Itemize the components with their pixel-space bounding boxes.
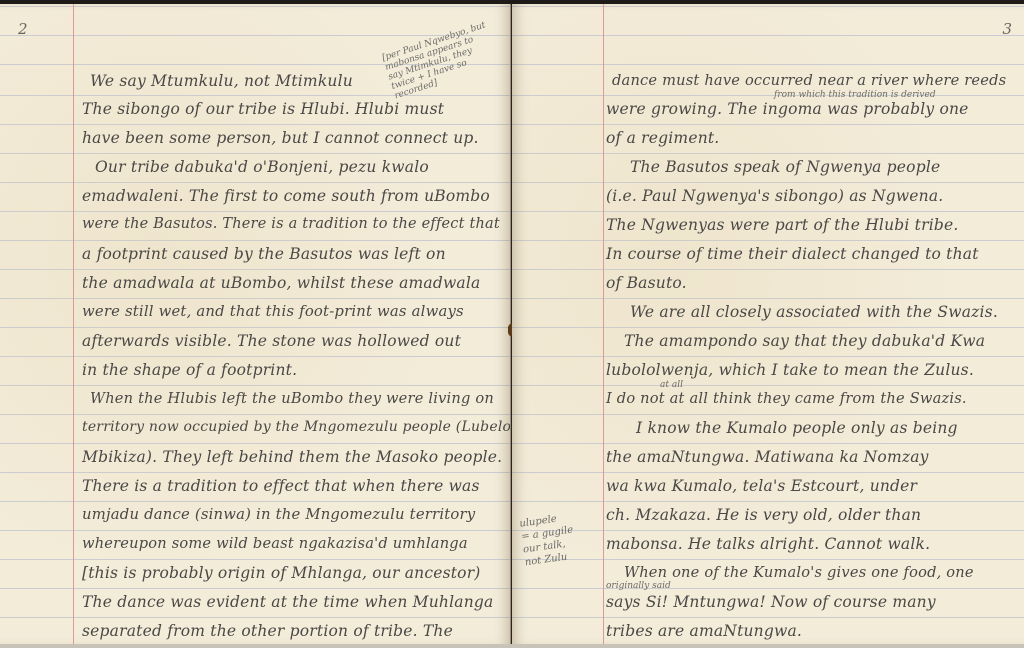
text-line: afterwards visible. The stone was hollow…: [82, 332, 461, 350]
text-line: umjadu dance (sinwa) in the Mngomezulu t…: [82, 506, 475, 523]
text-line: the amadwala at uBombo, whilst these ama…: [82, 274, 480, 292]
text-line: I do not at all think they came from the…: [606, 390, 967, 407]
gutter-annotation: ulupele = a gugile our talk, not Zulu: [519, 511, 578, 570]
text-line: There is a tradition to effect that when…: [82, 477, 480, 495]
text-line: of a regiment.: [606, 129, 719, 147]
text-line: The sibongo of our tribe is Hlubi. Hlubi…: [82, 100, 444, 118]
insertion-note: at all: [660, 380, 683, 390]
insertion-note: from which this tradition is derived: [774, 90, 936, 100]
margin-line: [73, 4, 74, 644]
text-line: dance must have occurred near a river wh…: [612, 72, 1006, 89]
text-line: of Basuto.: [606, 274, 687, 292]
text-line: Mbikiza). They left behind them the Maso…: [82, 448, 502, 466]
text-line: lubololwenja, which I take to mean the Z…: [606, 361, 974, 379]
text-line: The amampondo say that they dabuka'd Kwa: [624, 332, 985, 350]
text-line: When one of the Kumalo's gives one food,…: [624, 564, 974, 581]
text-line: When the Hlubis left the uBombo they wer…: [90, 390, 494, 407]
text-line: were growing. The ingoma was probably on…: [606, 100, 969, 118]
text-line: In course of time their dialect changed …: [606, 245, 979, 263]
text-line: whereupon some wild beast ngakazisa'd um…: [82, 535, 468, 552]
margin-line: [603, 4, 604, 644]
page-number: 2: [18, 20, 28, 38]
text-line: in the shape of a footprint.: [82, 361, 297, 379]
text-line: the amaNtungwa. Matiwana ka Nomzay: [606, 448, 929, 466]
insertion-note: originally said: [606, 581, 671, 591]
text-line: have been some person, but I cannot conn…: [82, 129, 479, 147]
notebook-spread: 2 [per Paul Nqwebyo, but mabonsa appears…: [0, 0, 1024, 648]
text-line: mabonsa. He talks alright. Cannot walk.: [606, 535, 930, 553]
text-line: were the Basutos. There is a tradition t…: [82, 216, 500, 232]
text-line: emadwaleni. The first to come south from…: [82, 187, 490, 205]
text-line: The dance was evident at the time when M…: [82, 593, 493, 611]
text-line: [this is probably origin of Mhlanga, our…: [82, 564, 481, 582]
text-line: The Basutos speak of Ngwenya people: [630, 158, 940, 176]
right-page: 3 ulupele = a gugile our talk, not Zulu …: [512, 4, 1024, 644]
text-line: The Ngwenyas were part of the Hlubi trib…: [606, 216, 958, 234]
text-line: separated from the other portion of trib…: [82, 622, 453, 640]
text-line: were still wet, and that this foot-print…: [82, 303, 464, 320]
text-line: a footprint caused by the Basutos was le…: [82, 245, 446, 263]
text-line: Our tribe dabuka'd o'Bonjeni, pezu kwalo: [95, 158, 429, 176]
text-line: territory now occupied by the Mngomezulu…: [82, 419, 511, 435]
text-line: I know the Kumalo people only as being: [636, 419, 958, 437]
margin-annotation: [per Paul Nqwebyo, but mabonsa appears t…: [381, 21, 499, 102]
left-page: 2 [per Paul Nqwebyo, but mabonsa appears…: [0, 4, 511, 644]
text-line: (i.e. Paul Ngwenya's sibongo) as Ngwena.: [606, 187, 943, 205]
text-line: tribes are amaNtungwa.: [606, 622, 802, 640]
text-line: wa kwa Kumalo, tela's Estcourt, under: [606, 477, 917, 495]
text-line: We say Mtumkulu, not Mtimkulu: [90, 72, 353, 90]
text-line: says Si! Mntungwa! Now of course many: [606, 593, 936, 611]
bottom-page-edge: [0, 644, 1024, 648]
page-number: 3: [1002, 20, 1012, 38]
text-line: We are all closely associated with the S…: [630, 303, 998, 321]
text-line: ch. Mzakaza. He is very old, older than: [606, 506, 921, 524]
